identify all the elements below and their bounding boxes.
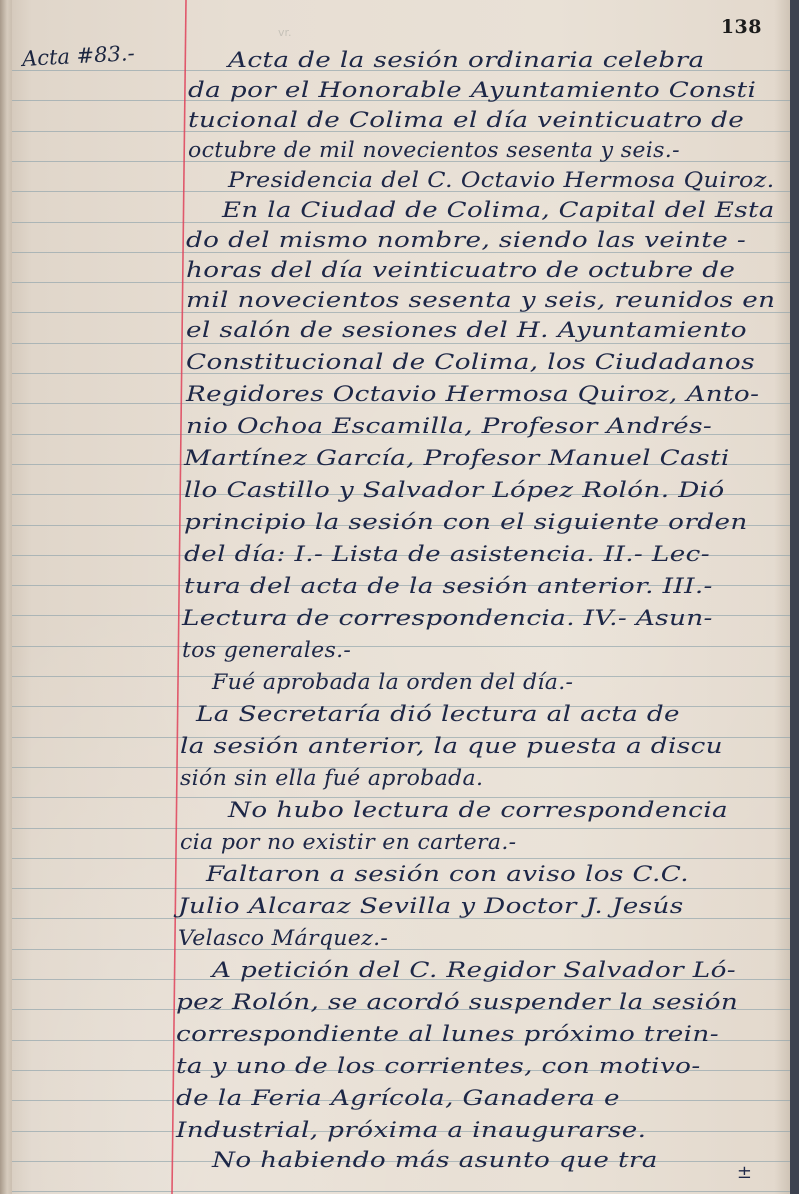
ruled-line	[12, 1191, 790, 1192]
continuation-mark: ±	[737, 1162, 752, 1183]
text-line: del día: I.- Lista de asistencia. II.- L…	[184, 542, 710, 566]
page-number: 138	[721, 16, 762, 38]
text-line: Faltaron a sesión con aviso los C.C.	[206, 862, 689, 886]
text-line: pez Rolón, se acordó suspender la sesión	[176, 990, 738, 1014]
text-line: Fué aprobada la orden del día.-	[212, 670, 573, 694]
text-line: Acta de la sesión ordinaria celebra	[228, 48, 705, 72]
text-line: En la Ciudad de Colima, Capital del Esta	[222, 198, 775, 222]
margin-note-acta-number: Acta #83.-	[21, 41, 135, 71]
text-line: mil novecientos sesenta y seis, reunidos…	[186, 288, 775, 312]
ruled-line	[12, 282, 790, 283]
text-line: ta y uno de los corrientes, con motivo-	[176, 1054, 701, 1078]
ruled-line	[12, 918, 790, 919]
text-line: No habiendo más asunto que tra	[212, 1148, 658, 1172]
ruled-line	[12, 343, 790, 344]
text-line: octubre de mil novecientos sesenta y sei…	[188, 138, 680, 162]
ruled-line	[12, 828, 790, 829]
ruled-line	[12, 888, 790, 889]
text-line: correspondiente al lunes próximo trein-	[176, 1022, 719, 1046]
text-line: nio Ochoa Escamilla, Profesor Andrés-	[186, 414, 712, 438]
text-line: tos generales.-	[182, 638, 351, 662]
text-line: da por el Honorable Ayuntamiento Consti	[188, 78, 756, 102]
text-line: Industrial, próxima a inaugurarse.	[176, 1118, 646, 1142]
text-line: el salón de sesiones del H. Ayuntamiento	[186, 318, 747, 342]
ruled-line	[12, 949, 790, 950]
text-line: do del mismo nombre, siendo las veinte -	[186, 228, 746, 252]
text-line: cia por no existir en cartera.-	[180, 830, 516, 854]
text-line: principio la sesión con el siguiente ord…	[184, 510, 748, 534]
text-line: Lectura de correspondencia. IV.- Asun-	[182, 606, 713, 630]
text-line: horas del día veinticuatro de octubre de	[186, 258, 735, 282]
text-line: Julio Alcaraz Sevilla y Doctor J. Jesús	[178, 894, 684, 918]
text-line: de la Feria Agrícola, Ganadera e	[176, 1086, 620, 1110]
text-line: Constitucional de Colima, los Ciudadanos	[186, 350, 755, 374]
text-line: Martínez García, Profesor Manuel Casti	[184, 446, 730, 470]
text-line: la sesión anterior, la que puesta a disc…	[180, 734, 723, 758]
text-line: sión sin ella fué aprobada.	[180, 766, 483, 790]
text-line: A petición del C. Regidor Salvador Ló-	[212, 958, 736, 982]
text-line: tura del acta de la sesión anterior. III…	[184, 574, 713, 598]
text-line: tucional de Colima el día veinticuatro d…	[188, 108, 744, 132]
ruled-line	[12, 646, 790, 647]
ledger-page: vr. 138 Acta #83.- Acta de la sesión ord…	[0, 0, 790, 1194]
text-line: Presidencia del C. Octavio Hermosa Quiro…	[228, 168, 775, 192]
faint-stamp: vr.	[278, 26, 292, 39]
text-line: La Secretaría dió lectura al acta de	[196, 702, 680, 726]
text-line: Regidores Octavio Hermosa Quiroz, Anto-	[186, 382, 759, 406]
text-line: Velasco Márquez.-	[178, 926, 388, 950]
text-line: llo Castillo y Salvador López Rolón. Dió	[184, 478, 725, 502]
text-line: No hubo lectura de correspondencia	[228, 798, 728, 822]
ruled-line	[12, 858, 790, 859]
ruled-line	[12, 312, 790, 313]
book-spine-edge	[0, 0, 12, 1194]
